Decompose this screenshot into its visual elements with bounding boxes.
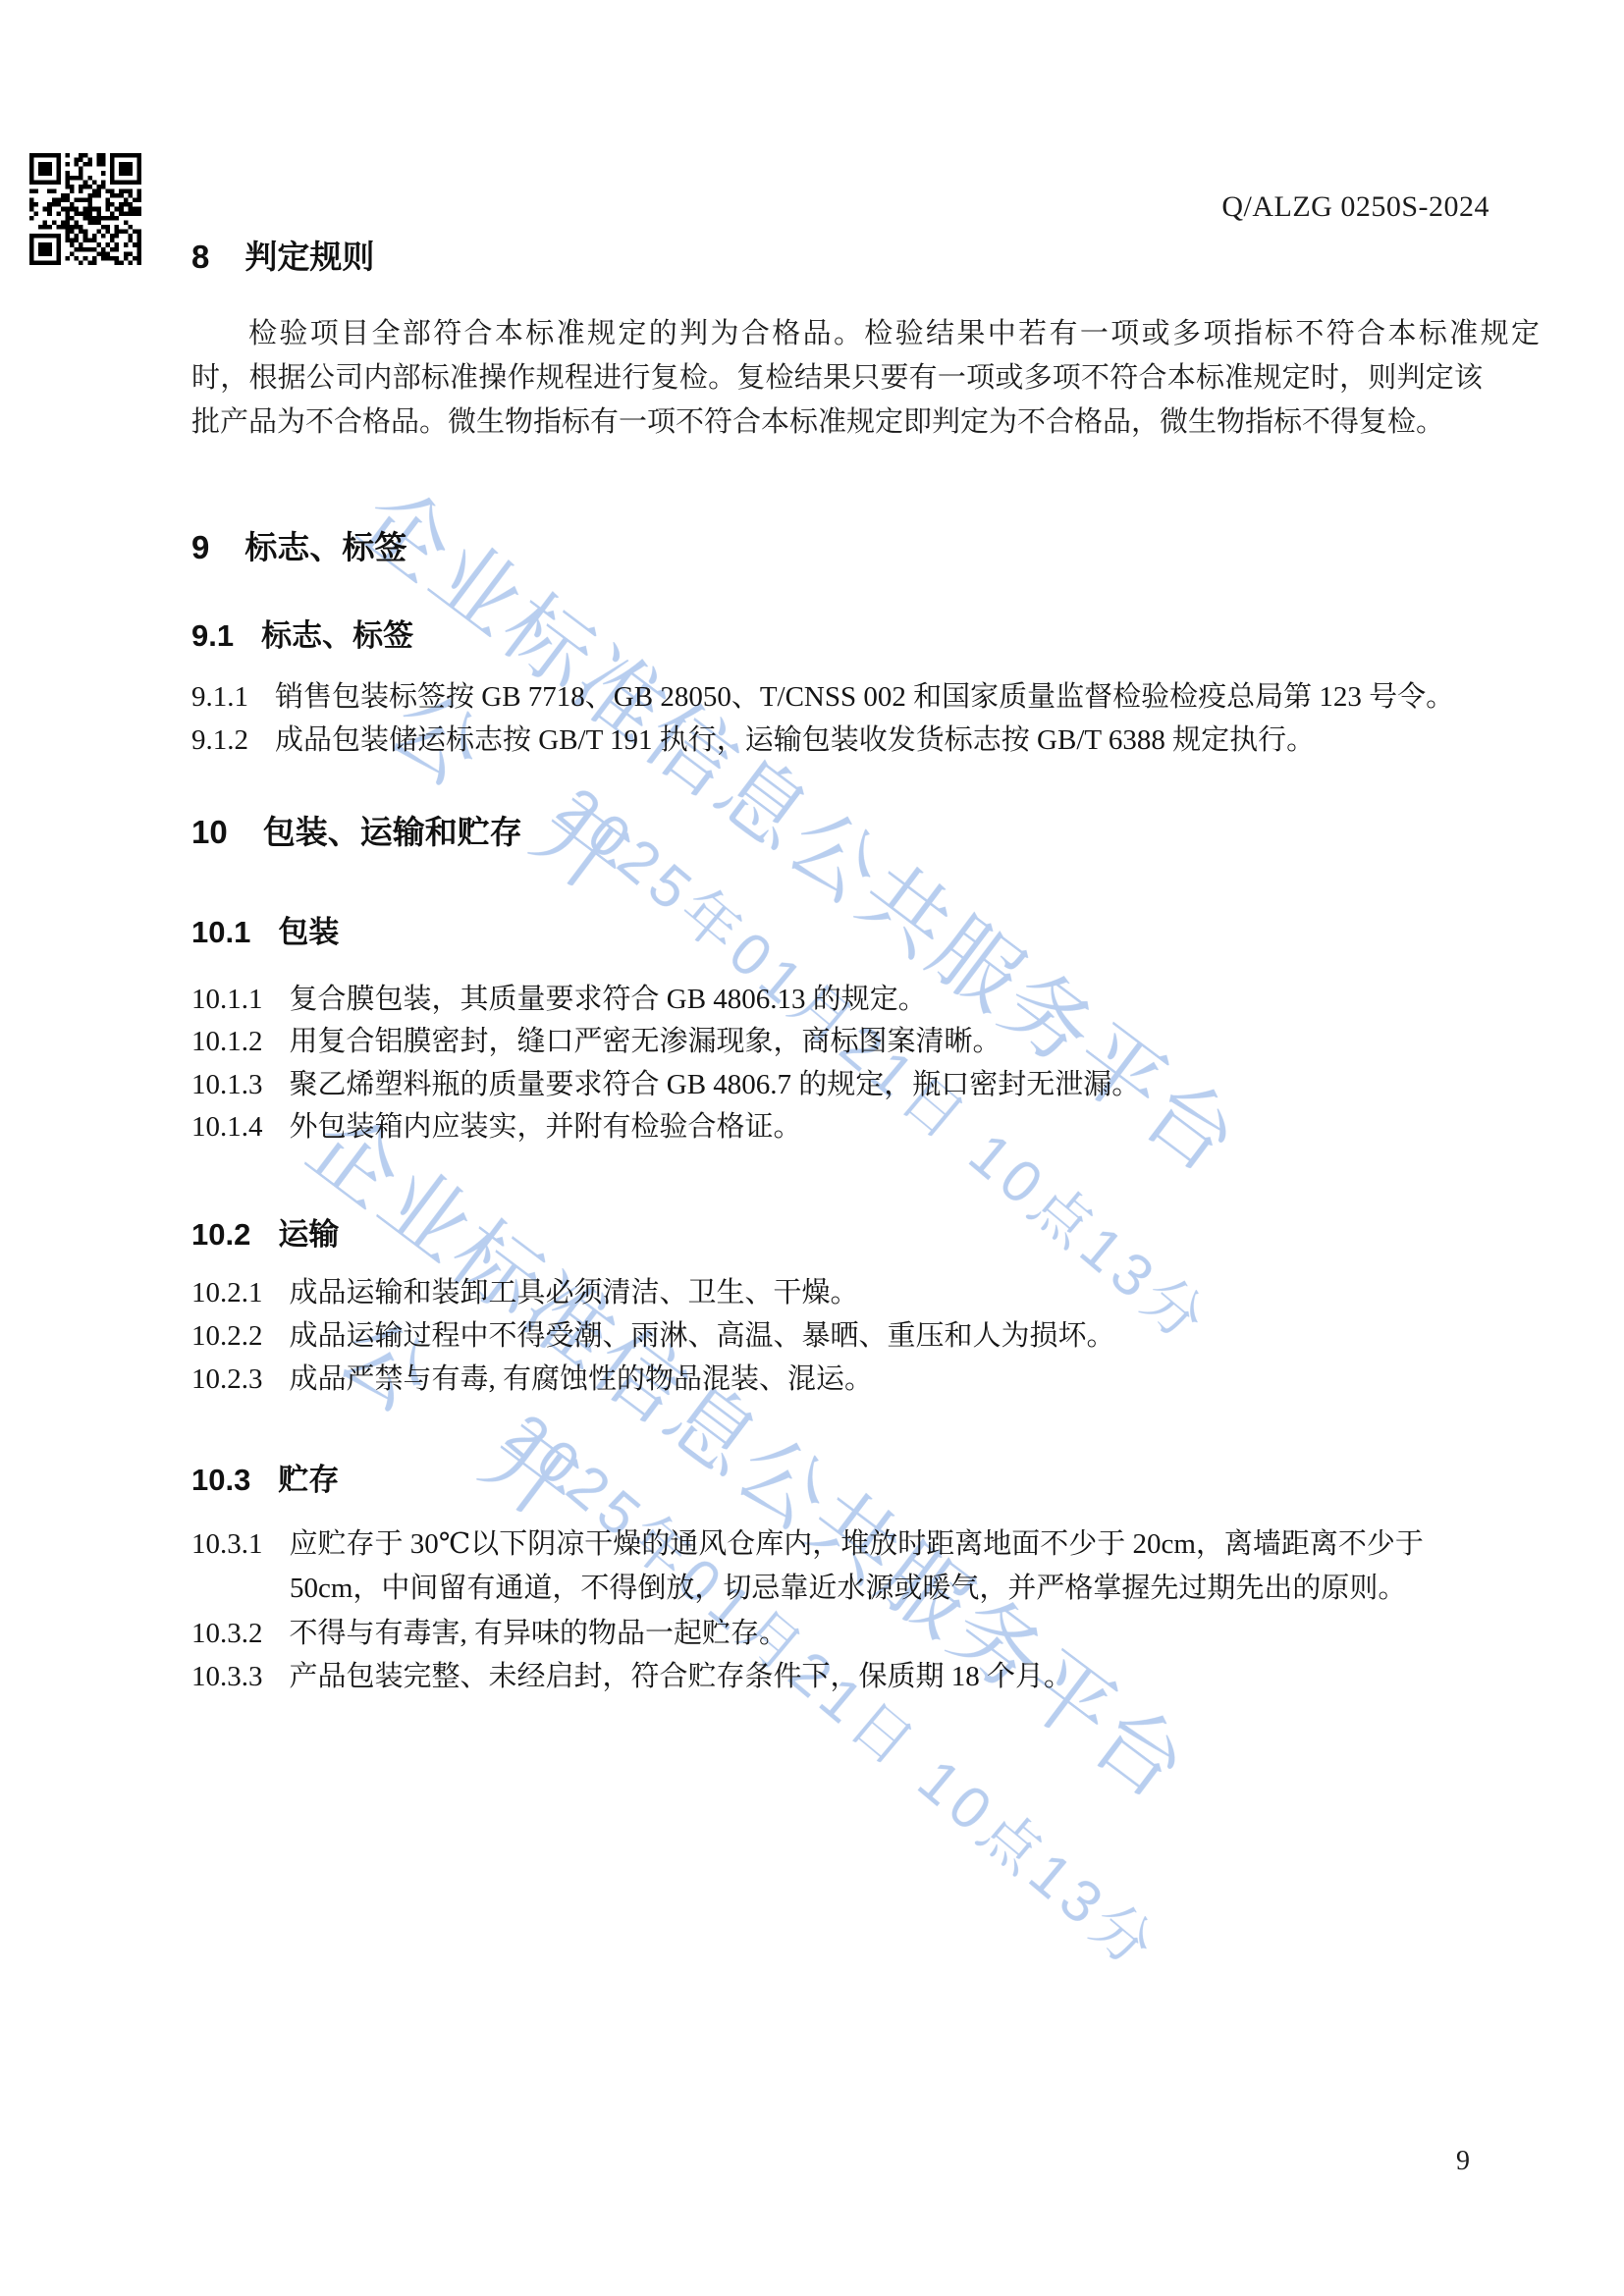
clause-text: 聚乙烯塑料瓶的质量要求符合 GB 4806.7 的规定，瓶口密封无泄漏。 <box>290 1069 1141 1100</box>
clause-9-1-1: 9.1.1销售包装标签按 GB 7718、GB 28050、T/CNSS 002… <box>191 677 1454 717</box>
clause-text: 用复合铝膜密封，缝口严密无渗漏现象，商标图案清晰。 <box>290 1026 1001 1057</box>
clause-10-1-4: 10.1.4外包装箱内应装实，并附有检验合格证。 <box>191 1107 802 1147</box>
clause-number: 10.3.2 <box>191 1614 263 1653</box>
section-8-paragraph-line-3: 批产品为不合格品。微生物指标有一项不符合本标准规定即判定为不合格品，微生物指标不… <box>191 402 1483 442</box>
clause-10-2-2: 10.2.2成品运输过程中不得受潮、雨淋、高温、暴晒、重压和人为损坏。 <box>191 1316 1115 1356</box>
subsection-number: 9.1 <box>191 618 234 654</box>
clause-10-2-3: 10.2.3成品严禁与有毒, 有腐蚀性的物品混装、混运。 <box>191 1360 873 1399</box>
section-title: 判定规则 <box>244 239 374 275</box>
clause-text: 复合膜包装，其质量要求符合 GB 4806.13 的规定。 <box>290 984 927 1015</box>
clause-text: 成品运输和装卸工具必须清洁、卫生、干燥。 <box>290 1277 859 1308</box>
section-number: 10 <box>191 814 228 851</box>
document-page: 企业标准信息公共服务平台 公 开 2025年01月21日 10点13分 企业标准… <box>0 0 1624 2296</box>
clause-9-1-2: 9.1.2成品包装储运标志按 GB/T 191 执行，运输包装收发货标志按 GB… <box>191 721 1315 760</box>
subsection-title: 贮存 <box>278 1463 339 1497</box>
clause-number: 10.2.3 <box>191 1360 263 1399</box>
subsection-title: 包装 <box>278 915 339 949</box>
clause-number: 10.1.3 <box>191 1065 263 1104</box>
page-number: 9 <box>1456 2146 1470 2177</box>
clause-number: 9.1.2 <box>191 721 248 760</box>
section-title: 包装、运输和贮存 <box>263 814 522 850</box>
standard-code: Q/ALZG 0250S-2024 <box>1221 190 1489 224</box>
clause-10-1-1: 10.1.1复合膜包装，其质量要求符合 GB 4806.13 的规定。 <box>191 980 927 1019</box>
subsection-title: 标志、标签 <box>261 618 413 653</box>
clause-text: 成品包装储运标志按 GB/T 191 执行，运输包装收发货标志按 GB/T 63… <box>275 724 1315 756</box>
subsection-number: 10.3 <box>191 1463 250 1498</box>
clause-10-3-3: 10.3.3产品包装完整、未经启封，符合贮存条件下，保质期 18 个月。 <box>191 1657 1072 1696</box>
section-9-heading: 9标志、标签 <box>191 522 406 568</box>
clause-text: 销售包装标签按 GB 7718、GB 28050、T/CNSS 002 和国家质… <box>275 681 1454 713</box>
clause-number: 10.2.1 <box>191 1273 263 1312</box>
clause-text: 不得与有毒害, 有异味的物品一起贮存。 <box>290 1618 788 1649</box>
section-10-2-heading: 10.2运输 <box>191 1209 339 1254</box>
subsection-number: 10.1 <box>191 915 250 950</box>
section-10-1-heading: 10.1包装 <box>191 907 339 951</box>
clause-text: 产品包装完整、未经启封，符合贮存条件下，保质期 18 个月。 <box>290 1661 1073 1692</box>
watermark-platform-text: 企业标准信息公共服务平台 <box>287 1080 1218 1824</box>
clause-number: 10.1.2 <box>191 1022 263 1061</box>
qr-code-icon <box>27 153 143 265</box>
clause-number: 10.2.2 <box>191 1316 263 1356</box>
section-10-3-heading: 10.3贮存 <box>191 1455 339 1499</box>
subsection-title: 运输 <box>278 1217 339 1252</box>
clause-number: 10.3.3 <box>191 1657 263 1696</box>
clause-number: 9.1.1 <box>191 677 248 717</box>
clause-text: 应贮存于 30℃以下阴凉干燥的通风仓库内，堆放时距离地面不少于 20cm，离墙距… <box>290 1528 1424 1560</box>
section-9-1-heading: 9.1标志、标签 <box>191 611 413 655</box>
section-number: 9 <box>191 529 209 566</box>
clause-text: 成品严禁与有毒, 有腐蚀性的物品混装、混运。 <box>290 1363 874 1395</box>
clause-10-3-1-continued: 50cm，中间留有通道，不得倒放，切忌靠近水源或暖气，并严格掌握先过期先出的原则… <box>290 1569 1406 1608</box>
clause-10-1-2: 10.1.2用复合铝膜密封，缝口严密无渗漏现象，商标图案清晰。 <box>191 1022 1001 1061</box>
section-10-heading: 10包装、运输和贮存 <box>191 807 522 853</box>
subsection-number: 10.2 <box>191 1217 250 1253</box>
section-title: 标志、标签 <box>244 529 406 565</box>
section-number: 8 <box>191 239 209 276</box>
clause-10-3-1: 10.3.1应贮存于 30℃以下阴凉干燥的通风仓库内，堆放时距离地面不少于 20… <box>191 1524 1424 1564</box>
section-8-paragraph-line-2: 时，根据公司内部标准操作规程进行复检。复检结果只要有一项或多项不符合本标准规定时… <box>191 358 1483 400</box>
clause-number: 10.1.4 <box>191 1107 263 1147</box>
clause-10-3-2: 10.3.2不得与有毒害, 有异味的物品一起贮存。 <box>191 1614 787 1653</box>
section-8-heading: 8判定规则 <box>191 232 374 278</box>
clause-number: 10.3.1 <box>191 1524 263 1564</box>
section-8-paragraph-line-1: 检验项目全部符合本标准规定的判为合格品。检验结果中若有一项或多项指标不符合本标准… <box>191 314 1540 355</box>
watermark-timestamp-text: 2025年01月21日 10点13分 <box>542 764 1230 1361</box>
clause-10-2-1: 10.2.1成品运输和装卸工具必须清洁、卫生、干燥。 <box>191 1273 859 1312</box>
clause-text: 成品运输过程中不得受潮、雨淋、高温、暴晒、重压和人为损坏。 <box>290 1320 1115 1352</box>
clause-text: 外包装箱内应装实，并附有检验合格证。 <box>290 1111 802 1143</box>
clause-number: 10.1.1 <box>191 980 263 1019</box>
clause-10-1-3: 10.1.3聚乙烯塑料瓶的质量要求符合 GB 4806.7 的规定，瓶口密封无泄… <box>191 1065 1140 1104</box>
